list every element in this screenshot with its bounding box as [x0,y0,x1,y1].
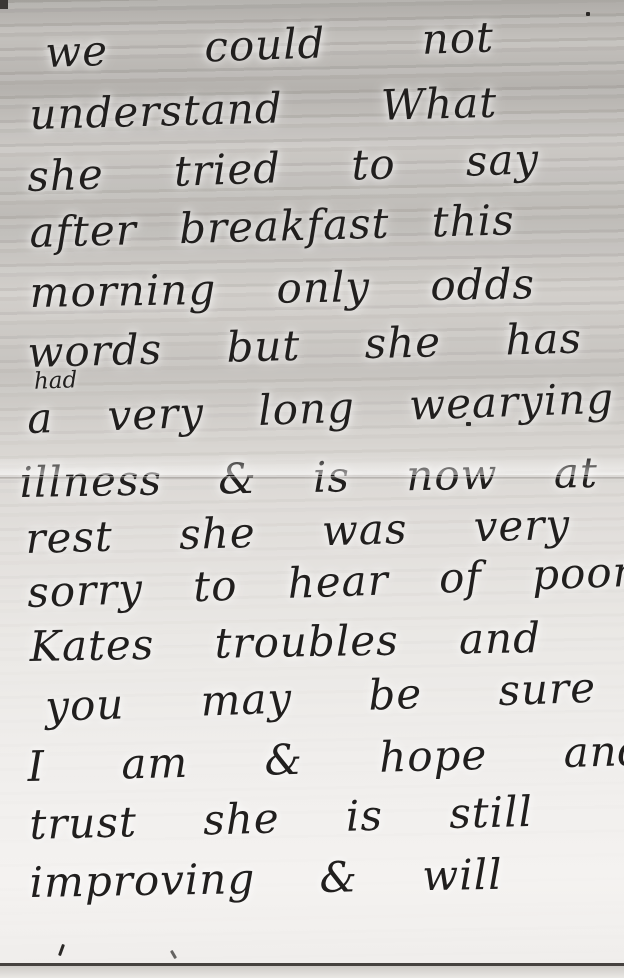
letter-line: trust she is still [29,791,534,846]
letter-line: morning only odds [29,263,535,314]
letter-line: Kates troubles and [29,617,541,668]
fold-crease-highlight [0,455,624,475]
ink-speck [586,12,590,16]
fold-crease [0,476,624,479]
ink-speck [466,422,471,426]
scan-bottom-strip [0,966,624,978]
scan-corner-artifact [0,0,8,9]
letter-line: improving & will [29,854,503,904]
letter-page: we could not understand What she tried t… [0,0,624,978]
letter-line: after breakfast this [29,199,515,254]
interline-insertion: had [34,367,78,394]
letter-line: understand What [29,82,498,136]
